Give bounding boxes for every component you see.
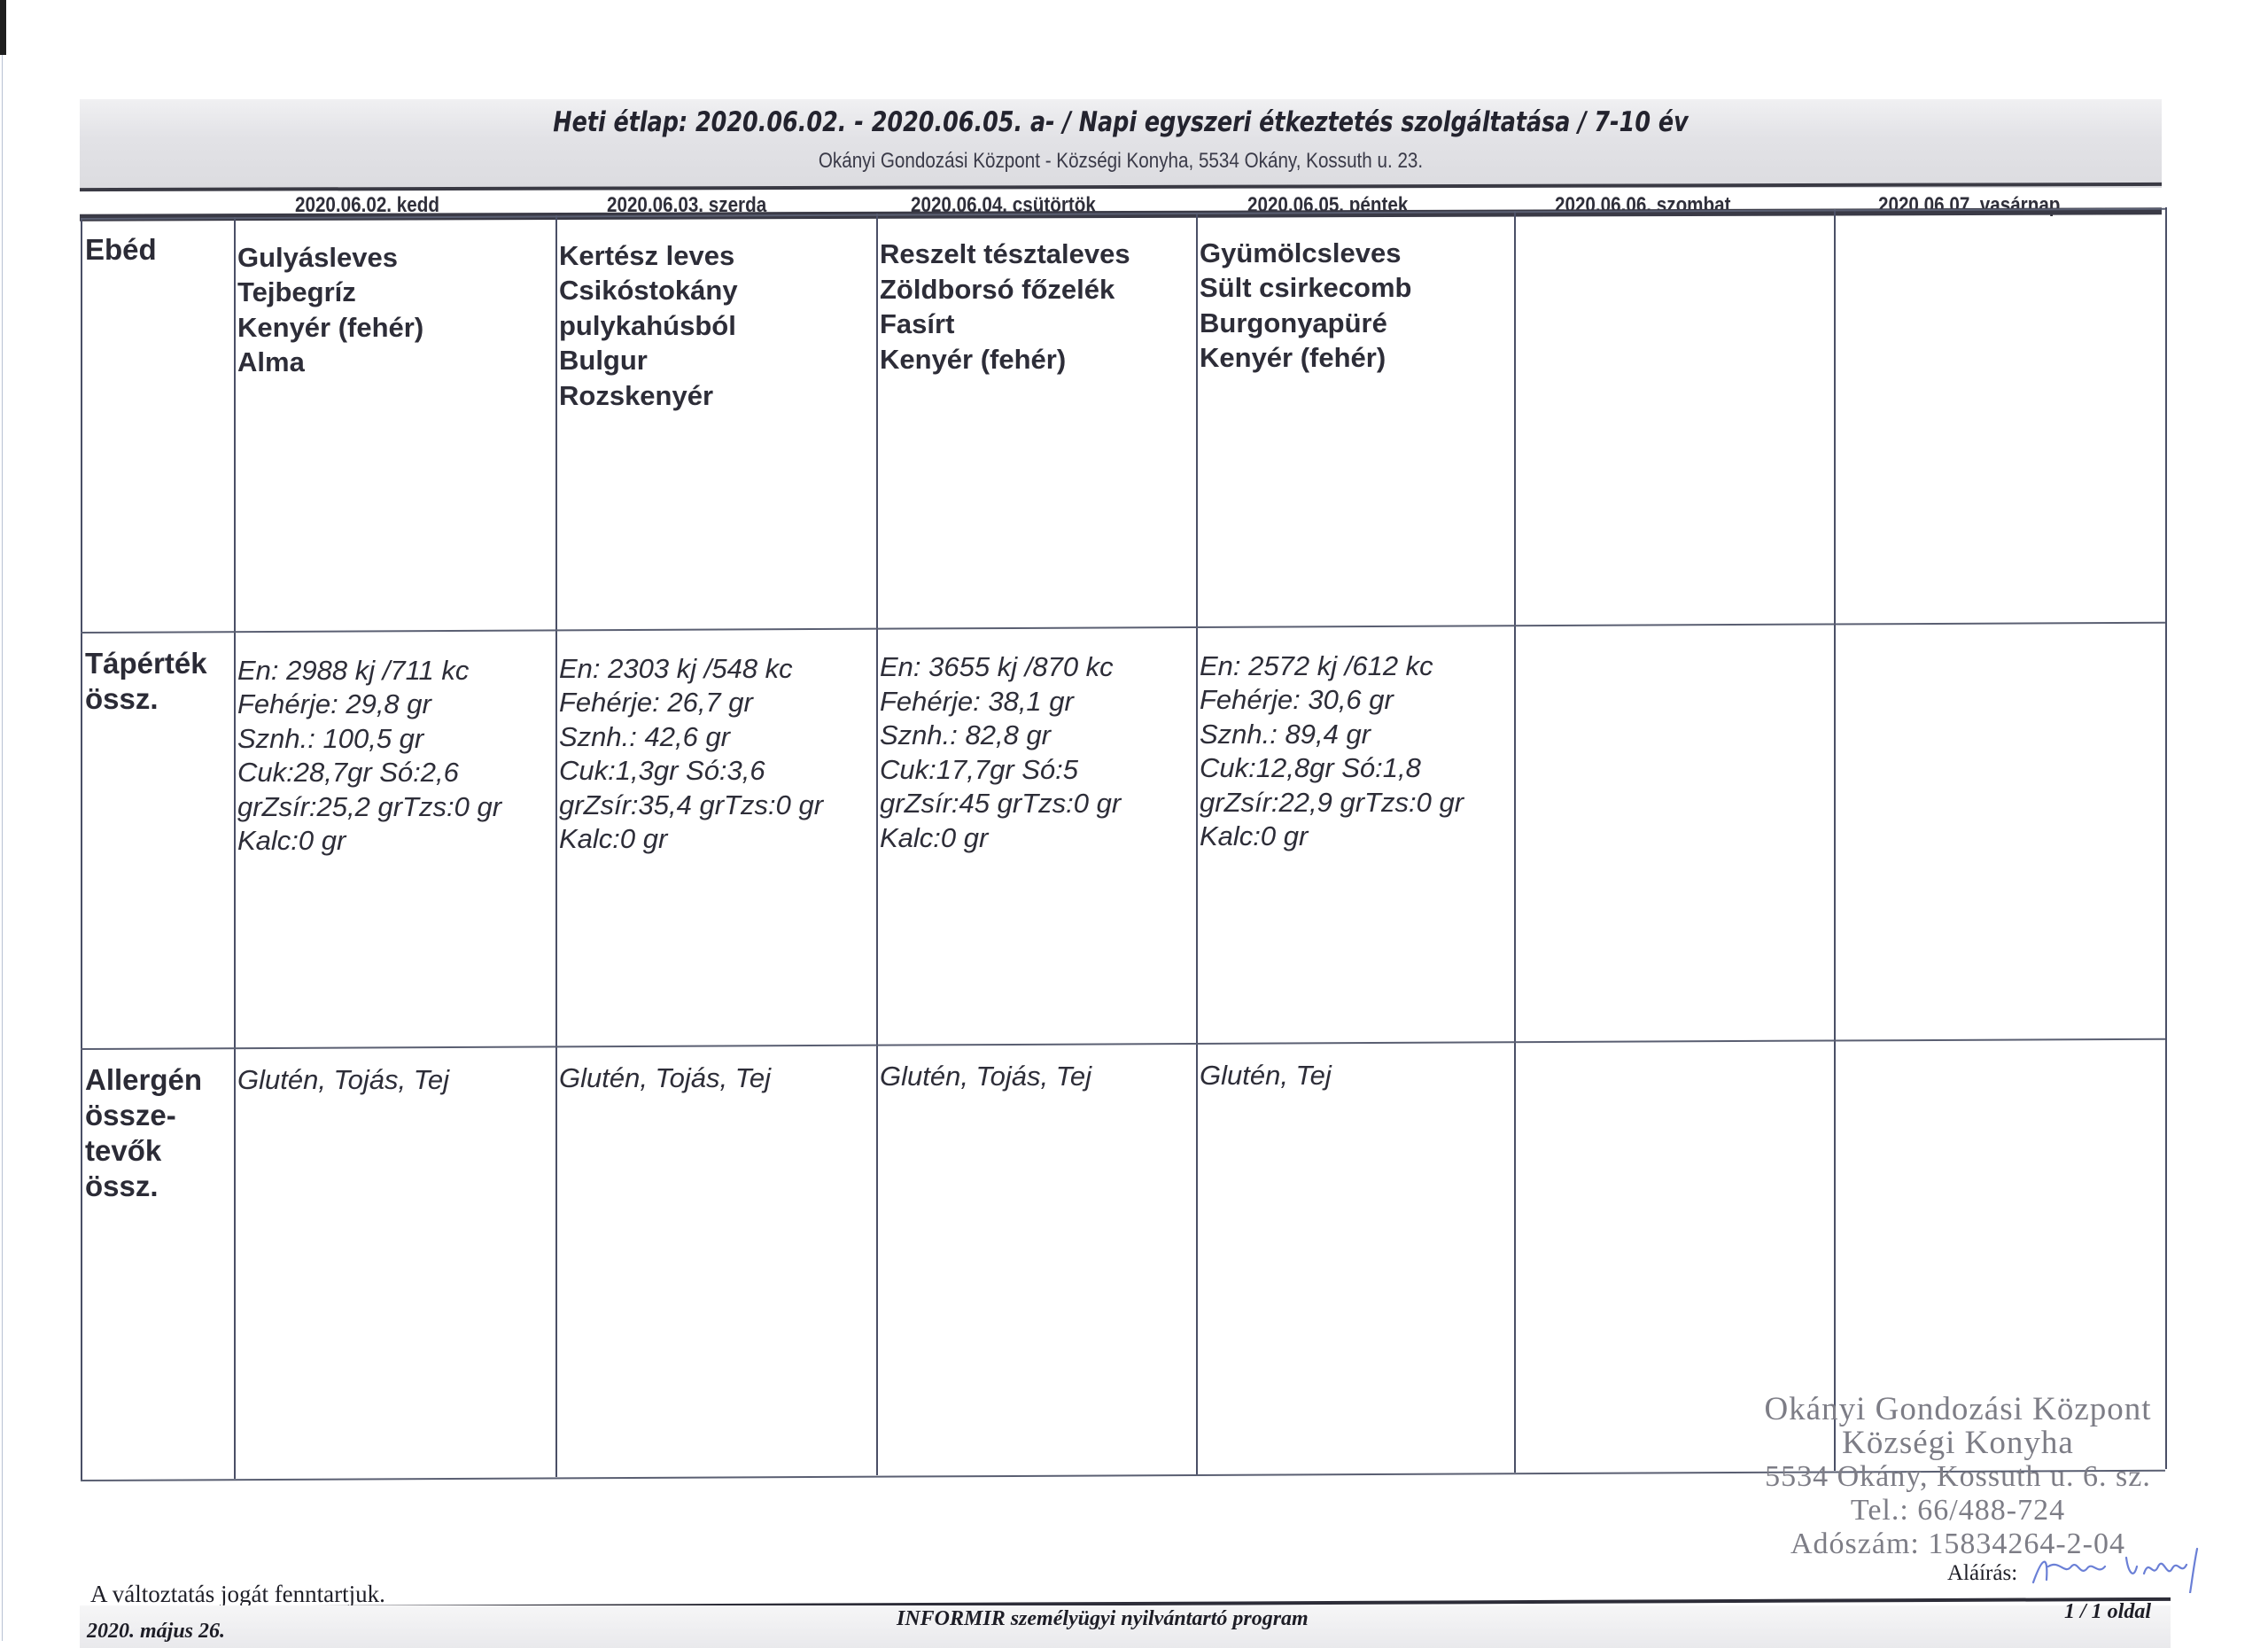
table-cell-lunch: Kertész levesCsikóstokánypulykahúsbólBul… — [559, 238, 738, 414]
nutrition-value: En: 2572 kj /612 kc — [1200, 649, 1464, 684]
menu-item: Zöldborsó főzelék — [880, 272, 1130, 307]
scan-edge-line — [2, 55, 3, 1641]
row-label-line: össz. — [85, 1169, 202, 1204]
menu-item: Bulgur — [559, 343, 738, 378]
nutrition-value: Kalc:0 gr — [880, 821, 1121, 856]
table-row-divider — [81, 622, 2165, 634]
disclaimer-note: A változtatás jogát fenntartjuk. — [90, 1581, 385, 1608]
table-cell-allergens: Glutén, Tej — [1200, 1059, 1332, 1093]
allergen-list: Glutén, Tojás, Tej — [559, 1061, 771, 1096]
print-date: 2020. május 26. — [87, 1620, 225, 1644]
nutrition-value: Cuk:17,7gr Só:5 — [880, 753, 1121, 788]
row-label-line: Allergén — [85, 1062, 202, 1098]
table-cell-allergens: Glutén, Tojás, Tej — [559, 1061, 771, 1096]
nutrition-value: Fehérje: 26,7 gr — [559, 686, 823, 720]
stamp-line: Okányi Gondozási Központ — [1736, 1393, 2179, 1426]
nutrition-value: Sznh.: 100,5 gr — [237, 722, 501, 757]
menu-item: Gyümölcsleves — [1200, 236, 1411, 271]
menu-item: Rozskenyér — [559, 378, 738, 414]
nutrition-value: Sznh.: 42,6 gr — [559, 720, 823, 755]
table-column-divider — [2165, 207, 2167, 1469]
signature-label: Aláírás: — [1947, 1561, 2017, 1586]
table-cell-nutrition: En: 2988 kj /711 kcFehérje: 29,8 grSznh.… — [237, 654, 501, 859]
nutrition-value: Fehérje: 30,6 gr — [1200, 683, 1464, 718]
table-column-divider — [234, 217, 236, 1479]
row-label-allergens: Allergénössze-tevőkössz. — [85, 1062, 202, 1204]
menu-item: Alma — [237, 345, 423, 380]
nutrition-value: Cuk:1,3gr Só:3,6 — [559, 754, 823, 789]
menu-item: Burgonyapüré — [1200, 306, 1411, 341]
header-band: Heti étlap: 2020.06.02. - 2020.06.05. a-… — [80, 99, 2162, 188]
nutrition-value: En: 3655 kj /870 kc — [880, 650, 1121, 685]
nutrition-value: grZsír:45 grTzs:0 gr — [880, 787, 1121, 821]
menu-item: Sült csirkecomb — [1200, 270, 1411, 306]
row-label-lunch: Ebéd — [85, 232, 157, 268]
row-label-line: össz. — [85, 681, 207, 717]
row-label-line: tevők — [85, 1133, 202, 1169]
row-label-nutrition: Tápértékössz. — [85, 646, 207, 717]
menu-item: Csikóstokány — [559, 273, 738, 308]
table-cell-lunch: GulyáslevesTejbegrízKenyér (fehér)Alma — [237, 240, 423, 380]
stamp-line: 5534 Okány, Kossuth u. 6. sz. — [1736, 1460, 2179, 1494]
nutrition-value: Kalc:0 gr — [1200, 820, 1464, 854]
table-column-divider — [555, 215, 557, 1477]
menu-item: Kenyér (fehér) — [1200, 340, 1411, 376]
table-column-divider — [1834, 209, 1836, 1471]
table-cell-lunch: Reszelt tésztalevesZöldborsó főzelékFasí… — [880, 237, 1130, 377]
row-label-line: Ebéd — [85, 232, 157, 268]
table-column-divider — [81, 218, 82, 1480]
table-cell-lunch: GyümölcslevesSült csirkecombBurgonyapüré… — [1200, 236, 1411, 376]
menu-item: Fasírt — [880, 307, 1130, 342]
allergen-list: Glutén, Tojás, Tej — [880, 1060, 1091, 1094]
stamp-line: Községi Konyha — [1736, 1426, 2179, 1460]
row-label-line: Tápérték — [85, 646, 207, 681]
table-column-divider — [876, 214, 878, 1475]
menu-item: Kertész leves — [559, 238, 738, 274]
allergen-list: Glutén, Tojás, Tej — [237, 1063, 449, 1098]
row-label-line: össze- — [85, 1098, 202, 1133]
stamp-line: Tel.: 66/488-724 — [1736, 1494, 2179, 1528]
page-number: 1 / 1 oldal — [2064, 1600, 2151, 1624]
table-row-divider — [81, 1038, 2165, 1050]
program-name: INFORMIR személyügyi nyilvántartó progra… — [897, 1607, 1309, 1631]
menu-item: Kenyér (fehér) — [237, 310, 423, 346]
signature-scribble-icon — [2029, 1540, 2224, 1593]
nutrition-value: grZsír:22,9 grTzs:0 gr — [1200, 786, 1464, 820]
nutrition-value: Fehérje: 38,1 gr — [880, 685, 1121, 719]
table-cell-allergens: Glutén, Tojás, Tej — [237, 1063, 449, 1098]
page-subtitle: Okányi Gondozási Központ - Községi Konyh… — [226, 149, 2016, 174]
menu-item: Kenyér (fehér) — [880, 342, 1130, 377]
menu-item: Tejbegríz — [237, 275, 423, 310]
nutrition-value: Sznh.: 82,8 gr — [880, 719, 1121, 753]
scan-edge-mark — [0, 0, 6, 55]
table-cell-nutrition: En: 2572 kj /612 kcFehérje: 30,6 grSznh.… — [1200, 649, 1464, 854]
nutrition-value: En: 2303 kj /548 kc — [559, 652, 823, 687]
nutrition-value: grZsír:35,4 grTzs:0 gr — [559, 789, 823, 823]
table-cell-nutrition: En: 2303 kj /548 kcFehérje: 26,7 grSznh.… — [559, 652, 823, 857]
organization-stamp: Okányi Gondozási Központ Községi Konyha … — [1736, 1393, 2179, 1561]
allergen-list: Glutén, Tej — [1200, 1059, 1332, 1093]
table-cell-allergens: Glutén, Tojás, Tej — [880, 1060, 1091, 1094]
menu-item: pulykahúsból — [559, 308, 738, 344]
nutrition-value: Cuk:28,7gr Só:2,6 — [237, 756, 501, 790]
nutrition-value: En: 2988 kj /711 kc — [237, 654, 501, 688]
menu-item: Reszelt tésztaleves — [880, 237, 1130, 272]
nutrition-value: grZsír:25,2 grTzs:0 gr — [237, 790, 501, 825]
menu-item: Gulyásleves — [237, 240, 423, 276]
table-cell-nutrition: En: 3655 kj /870 kcFehérje: 38,1 grSznh.… — [880, 650, 1121, 855]
nutrition-value: Cuk:12,8gr Só:1,8 — [1200, 751, 1464, 786]
nutrition-value: Sznh.: 89,4 gr — [1200, 718, 1464, 752]
nutrition-value: Fehérje: 29,8 gr — [237, 688, 501, 722]
nutrition-value: Kalc:0 gr — [237, 824, 501, 859]
nutrition-value: Kalc:0 gr — [559, 822, 823, 857]
page-title: Heti étlap: 2020.06.02. - 2020.06.05. a-… — [268, 106, 1975, 138]
table-column-divider — [1514, 211, 1516, 1473]
table-column-divider — [1196, 213, 1198, 1474]
